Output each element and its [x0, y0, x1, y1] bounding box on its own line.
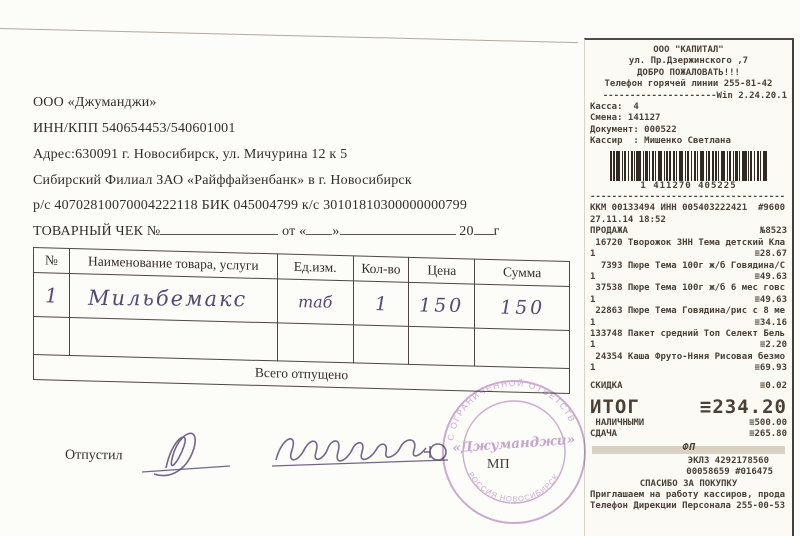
svg-text:С ОГРАНИЧЕННОЙ ОТВЕТСТВ: С ОГРАНИЧЕННОЙ ОТВЕТСТВ — [445, 377, 577, 441]
inn-kpp-line: ИНН/КПП 540654453/540601001 — [33, 121, 236, 137]
store-name: ООО "КАПИТАЛ" — [590, 45, 787, 56]
total-value: ≡234.20 — [700, 396, 787, 418]
document-line: Документ: 000522 — [590, 125, 787, 136]
total-row: ИТОГ ≡234.20 — [590, 396, 787, 418]
fiscal-band: ФП — [590, 442, 787, 455]
item-amount-row: 1 ≡2.20 — [590, 340, 787, 351]
item-qty: 1 — [590, 295, 595, 306]
org-name: ООО «Джуманджи» — [33, 95, 157, 111]
svg-text:РОССИЯ НОВОСИБИРСК: РОССИЯ НОВОСИБИРСК — [466, 470, 560, 503]
account-line: р/с 40702810070004222118 БИК 045004799 к… — [33, 198, 467, 214]
from-label: от « — [282, 224, 306, 239]
fp-label: ФП — [590, 442, 787, 453]
issued-label: Отпустил — [65, 448, 123, 465]
item-name: 24354 Каша Фруто-Няня Рисовая безмо — [590, 352, 787, 363]
handwritten-row-num: 1 — [45, 283, 58, 307]
cash-label: НАЛИЧНЫМИ — [590, 418, 644, 429]
handwritten-qty: 1 — [375, 293, 387, 315]
handwritten-unit: таб — [298, 292, 333, 311]
item-name: 133748 Пакет средний Топ Селект Бель — [590, 329, 787, 340]
company-stamp: С ОГРАНИЧЕННОЙ ОТВЕТСТВ РОССИЯ НОВОСИБИР… — [434, 372, 594, 532]
year-suffix: г — [494, 224, 500, 239]
handwritten-price: 150 — [419, 294, 465, 316]
item-amount: ≡28.67 — [754, 249, 787, 260]
stamp-ring-text-top: С ОГРАНИЧЕННОЙ ОТВЕТСТВ — [445, 377, 577, 441]
item-name: 22863 Пюре Тема Говядина/рис с 8 ме — [590, 306, 787, 317]
doc-counter-line: 00058659 #016475 — [590, 467, 787, 478]
receipt-title: ТОВАРНЫЙ ЧЕК № — [33, 224, 160, 239]
cashier-line: Кассир : Мишенко Светлана — [590, 136, 787, 147]
total-label: ИТОГ — [590, 396, 640, 418]
item-amount: ≡2.20 — [760, 340, 787, 351]
item-amount: ≡34.16 — [754, 318, 787, 329]
col-header-qty: Кол-во — [353, 256, 409, 282]
item-amount: ≡49.63 — [754, 295, 787, 306]
datetime-line: 27.11.14 18:52 — [590, 215, 787, 226]
item-name: 7393 Пюре Тема 100г ж/б Говядина/С — [590, 261, 787, 272]
item-amount-row: 1 ≡69.93 — [590, 363, 787, 374]
handwritten-item-name: Мильбемакс — [88, 285, 248, 310]
stamp-center-text: «Джуманджи» — [452, 432, 576, 457]
item-qty: 1 — [590, 340, 595, 351]
discount-label: СКИДКА — [590, 381, 623, 392]
address-line: Адрес:630091 г. Новосибирск, ул. Мичурин… — [33, 147, 347, 163]
item-qty: 1 — [590, 249, 595, 260]
register-line: Касса: 4 — [590, 102, 787, 113]
bank-line: Сибирский Филиал ЗАО «Райффайзенбанк» в … — [33, 173, 412, 189]
sale-header-row: ПРОДАЖА №8523 — [590, 226, 787, 237]
item-amount-row: 1 ≡49.63 — [590, 272, 787, 283]
shift-line: Смена: 141127 — [590, 113, 787, 124]
change-value: ≡265.80 — [749, 429, 787, 440]
trade-receipt-document: ООО «Джуманджи» ИНН/КПП 540654453/540601… — [0, 0, 585, 536]
item-amount-row: 1 ≡28.67 — [590, 249, 787, 260]
number-blank — [160, 221, 278, 235]
month-blank — [340, 221, 456, 235]
year-blank — [474, 221, 494, 235]
change-row: СДАЧА ≡265.80 — [590, 429, 787, 440]
scanned-page: { "document": { "header_lines": [ "ООО «… — [0, 0, 800, 536]
cash-row: НАЛИЧНЫМИ ≡500.00 — [590, 418, 787, 429]
item-qty: 1 — [590, 272, 595, 283]
welcome-line: ДОБРО ПОЖАЛОВАТЬ!!! — [590, 68, 787, 79]
item-amount-row: 1 ≡49.63 — [590, 295, 787, 306]
from-label-close: » — [332, 224, 339, 239]
item-qty: 1 — [590, 318, 595, 329]
day-blank — [306, 221, 332, 235]
item-name: 16720 Творожок ЗНН Тема детский Кла — [590, 238, 787, 249]
eklz-line: ЭКЛЗ 4292178560 — [590, 456, 787, 467]
discount-value: ≡0.02 — [760, 381, 787, 392]
hotline-line: Телефон горячей линии 255-81-42 — [590, 79, 787, 90]
receipt-barcode — [610, 151, 768, 181]
store-address: ул. Пр.Дзержинского ,7 — [590, 56, 787, 67]
barcode-number: 1 411270 405225 — [590, 181, 787, 192]
software-version-line: ---------------------Win 2.24.20.1 — [590, 91, 787, 102]
year-label: 20 — [459, 224, 473, 239]
receipt-title-line: ТОВАРНЫЙ ЧЕК № от «» 20г — [33, 221, 500, 240]
item-amount: ≡69.93 — [754, 363, 787, 374]
col-header-num: № — [34, 248, 70, 274]
item-name: 37538 Пюре Тема 100г ж/б 6 мес говс — [590, 283, 787, 294]
dashed-separator: ------------------------------------ — [590, 192, 787, 203]
col-header-price: Цена — [409, 257, 475, 284]
hiring-line: Приглашаем на работу кассиров, прода — [590, 490, 787, 501]
signature-scribble-2: Цайбель Ю — [266, 424, 456, 476]
sale-number: №8523 — [760, 226, 787, 237]
mp-label: МП — [487, 457, 510, 473]
thanks-line: СПАСИБО ЗА ПОКУПКУ — [590, 479, 787, 490]
cash-register-receipt: ООО "КАПИТАЛ" ул. Пр.Дзержинского ,7 ДОБ… — [584, 38, 794, 536]
item-amount: ≡49.63 — [754, 272, 787, 283]
col-header-sum: Сумма — [475, 259, 570, 286]
handwritten-sum: 150 — [499, 296, 545, 318]
change-label: СДАЧА — [590, 429, 617, 440]
sale-label: ПРОДАЖА — [590, 226, 628, 237]
stamp-ring-text-bottom: РОССИЯ НОВОСИБИРСК — [466, 470, 560, 503]
kkm-line: ККМ 00133494 ИНН 005403222421 #9600 — [590, 203, 787, 214]
hr-phone-line: Телефон Дирекции Персонала 255-00-53 — [590, 501, 787, 512]
discount-row: СКИДКА ≡0.02 — [590, 381, 787, 392]
signature-scribble-1 — [138, 420, 238, 482]
col-header-unit: Ед.изм. — [277, 254, 353, 281]
cash-value: ≡500.00 — [749, 418, 787, 429]
item-amount-row: 1 ≡34.16 — [590, 318, 787, 329]
